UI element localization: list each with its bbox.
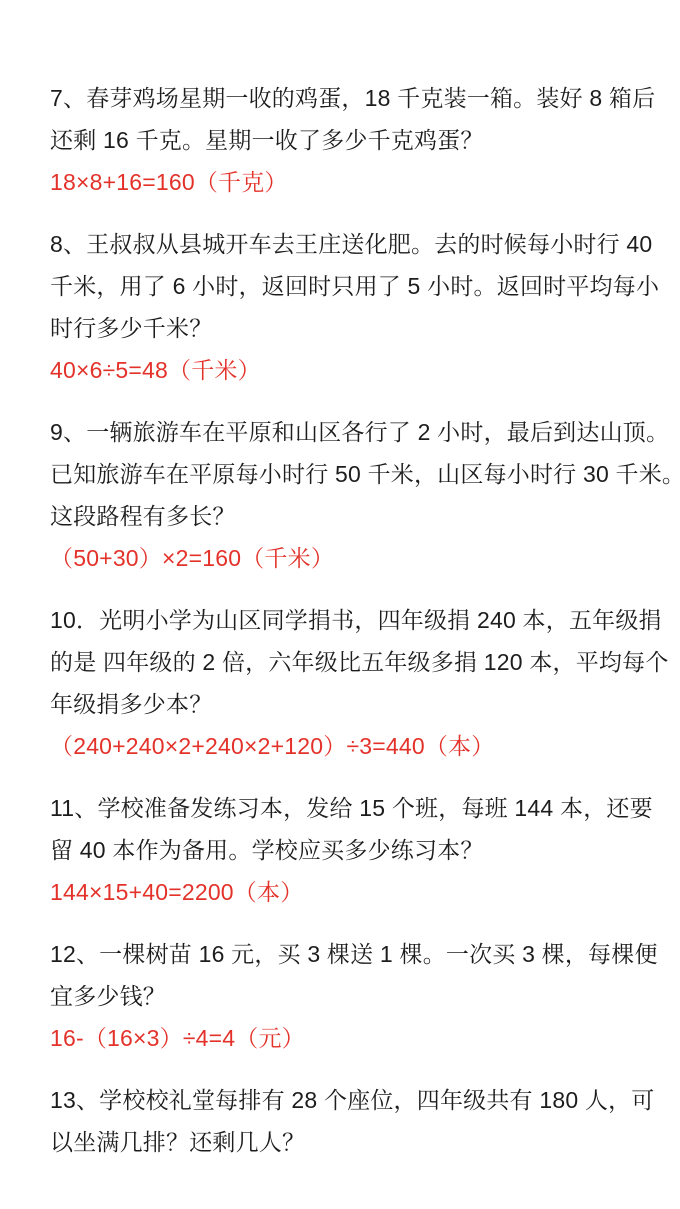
problem-11-answer: 144×15+40=2200（本） [50, 871, 672, 913]
problem-9-answer: （50+30）×2=160（千米） [50, 537, 672, 579]
problem-12-question-line: 宜多少钱？ [50, 975, 672, 1017]
problem-11-question-line: 11、学校准备发练习本，发给 15 个班，每班 144 本，还要 [50, 787, 672, 829]
problem-10-question-line: 10．光明小学为山区同学捐书，四年级捐 240 本，五年级捐 [50, 599, 672, 641]
problem-7-answer: 18×8+16=160（千克） [50, 161, 672, 203]
problem-11-question-line: 留 40 本作为备用。学校应买多少练习本？ [50, 829, 672, 871]
problem-9: 9、一辆旅游车在平原和山区各行了 2 小时，最后到达山顶。 已知旅游车在平原每小… [50, 411, 672, 579]
problem-9-question-line: 已知旅游车在平原每小时行 50 千米，山区每小时行 30 千米。 [50, 453, 672, 495]
problem-13-question-line: 以坐满几排？还剩几人？ [50, 1121, 672, 1163]
math-worksheet-page: 7、春芽鸡场星期一收的鸡蛋，18 千克装一箱。装好 8 箱后 还剩 16 千克。… [0, 0, 680, 1209]
problem-8-answer: 40×6÷5=48（千米） [50, 349, 672, 391]
problem-8-question-line: 千米，用了 6 小时，返回时只用了 5 小时。返回时平均每小 [50, 265, 672, 307]
problem-8: 8、王叔叔从县城开车去王庄送化肥。去的时候每小时行 40 千米，用了 6 小时，… [50, 223, 672, 391]
problem-7-question-line: 7、春芽鸡场星期一收的鸡蛋，18 千克装一箱。装好 8 箱后 [50, 77, 672, 119]
problem-8-question-line: 时行多少千米？ [50, 307, 672, 349]
problem-13: 13、学校校礼堂每排有 28 个座位，四年级共有 180 人，可 以坐满几排？还… [50, 1079, 672, 1163]
problem-10: 10．光明小学为山区同学捐书，四年级捐 240 本，五年级捐 的是 四年级的 2… [50, 599, 672, 767]
problem-10-answer: （240+240×2+240×2+120）÷3=440（本） [50, 725, 672, 767]
problem-8-question-line: 8、王叔叔从县城开车去王庄送化肥。去的时候每小时行 40 [50, 223, 672, 265]
problem-12-question-line: 12、一棵树苗 16 元，买 3 棵送 1 棵。一次买 3 棵，每棵便 [50, 933, 672, 975]
problem-9-question-line: 9、一辆旅游车在平原和山区各行了 2 小时，最后到达山顶。 [50, 411, 672, 453]
problem-12-answer: 16-（16×3）÷4=4（元） [50, 1017, 672, 1059]
problem-7: 7、春芽鸡场星期一收的鸡蛋，18 千克装一箱。装好 8 箱后 还剩 16 千克。… [50, 77, 672, 203]
problem-10-question-line: 年级捐多少本？ [50, 683, 672, 725]
problem-12: 12、一棵树苗 16 元，买 3 棵送 1 棵。一次买 3 棵，每棵便 宜多少钱… [50, 933, 672, 1059]
problem-9-question-line: 这段路程有多长？ [50, 495, 672, 537]
problem-13-question-line: 13、学校校礼堂每排有 28 个座位，四年级共有 180 人，可 [50, 1079, 672, 1121]
problem-11: 11、学校准备发练习本，发给 15 个班，每班 144 本，还要 留 40 本作… [50, 787, 672, 913]
problem-7-question-line: 还剩 16 千克。星期一收了多少千克鸡蛋？ [50, 119, 672, 161]
problem-10-question-line: 的是 四年级的 2 倍，六年级比五年级多捐 120 本，平均每个 [50, 641, 672, 683]
